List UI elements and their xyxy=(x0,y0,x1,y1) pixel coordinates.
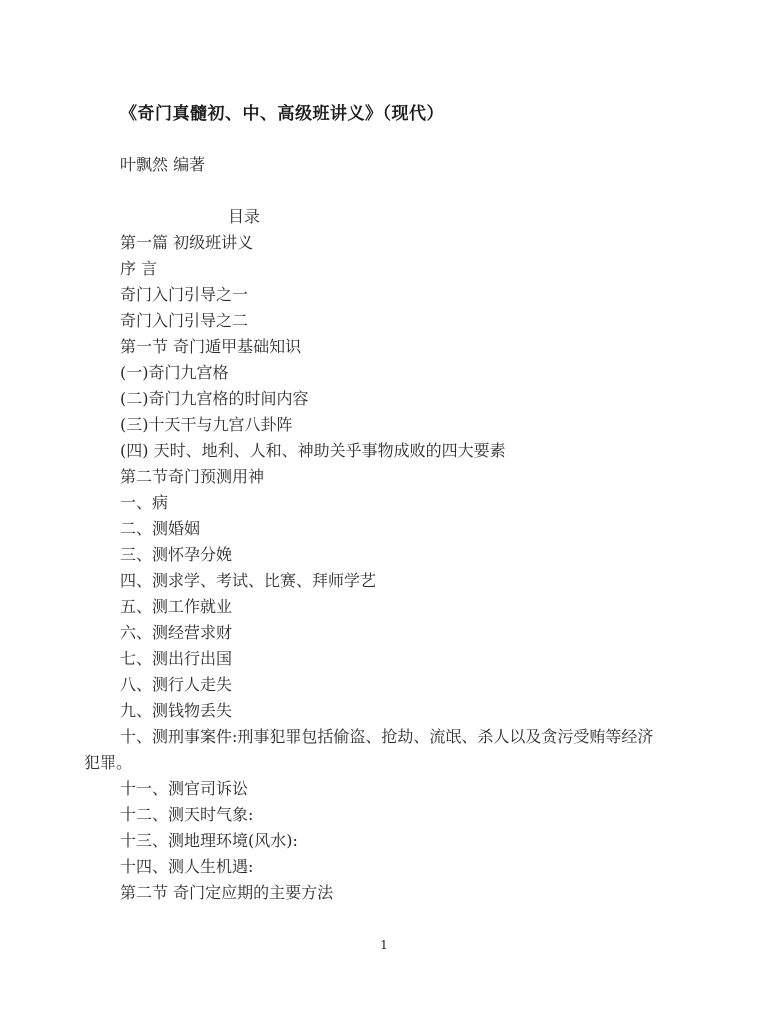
toc-entry: 十一、测官司诉讼 xyxy=(120,776,700,802)
toc-heading: 目录 xyxy=(228,204,260,227)
toc-entry: 九、测钱物丢失 xyxy=(120,698,700,724)
toc-entry: 第一篇 初级班讲义 xyxy=(120,230,700,256)
toc-entry: 一、病 xyxy=(120,490,700,516)
toc-entry: 第一节 奇门遁甲基础知识 xyxy=(120,334,700,360)
toc-entry: (三)十天干与九宫八卦阵 xyxy=(120,412,700,438)
toc-entry: 二、测婚姻 xyxy=(120,516,700,542)
toc-entry: 奇门入门引导之二 xyxy=(120,308,700,334)
document-page: 《奇门真髓初、中、高级班讲义》（现代） 叶飘然 编著 目录 第一篇 初级班讲义 … xyxy=(0,0,768,1024)
toc-entry: 序 言 xyxy=(120,256,700,282)
toc-entry: 十二、测天时气象: xyxy=(120,802,700,828)
toc-entry-continuation: 犯罪。 xyxy=(84,750,700,776)
toc-entry: (四) 天时、地利、人和、神助关乎事物成败的四大要素 xyxy=(120,438,700,464)
toc-entry: (一)奇门九宫格 xyxy=(120,360,700,386)
toc-entry-wrapped: 十、测刑事案件:刑事犯罪包括偷盗、抢劫、流氓、杀人以及贪污受贿等经济 犯罪。 xyxy=(84,724,700,776)
toc-entry: 六、测经营求财 xyxy=(120,620,700,646)
toc-entry: 八、测行人走失 xyxy=(120,672,700,698)
toc-entry: (二)奇门九宫格的时间内容 xyxy=(120,386,700,412)
table-of-contents: 第一篇 初级班讲义 序 言 奇门入门引导之一 奇门入门引导之二 第一节 奇门遁甲… xyxy=(120,230,700,906)
toc-entry: 第二节奇门预测用神 xyxy=(120,464,700,490)
toc-entry: 七、测出行出国 xyxy=(120,646,700,672)
toc-entry: 第二节 奇门定应期的主要方法 xyxy=(120,880,700,906)
document-author: 叶飘然 编著 xyxy=(120,152,205,175)
document-title: 《奇门真髓初、中、高级班讲义》（现代） xyxy=(120,99,444,124)
toc-entry-line: 十、测刑事案件:刑事犯罪包括偷盗、抢劫、流氓、杀人以及贪污受贿等经济 xyxy=(120,724,700,750)
toc-entry: 奇门入门引导之一 xyxy=(120,282,700,308)
toc-entry: 十三、测地理环境(风水): xyxy=(120,828,700,854)
toc-entry: 四、测求学、考试、比赛、拜师学艺 xyxy=(120,568,700,594)
page-number: 1 xyxy=(0,938,768,952)
toc-entry: 三、测怀孕分娩 xyxy=(120,542,700,568)
toc-entry: 十四、测人生机遇: xyxy=(120,854,700,880)
toc-entry: 五、测工作就业 xyxy=(120,594,700,620)
